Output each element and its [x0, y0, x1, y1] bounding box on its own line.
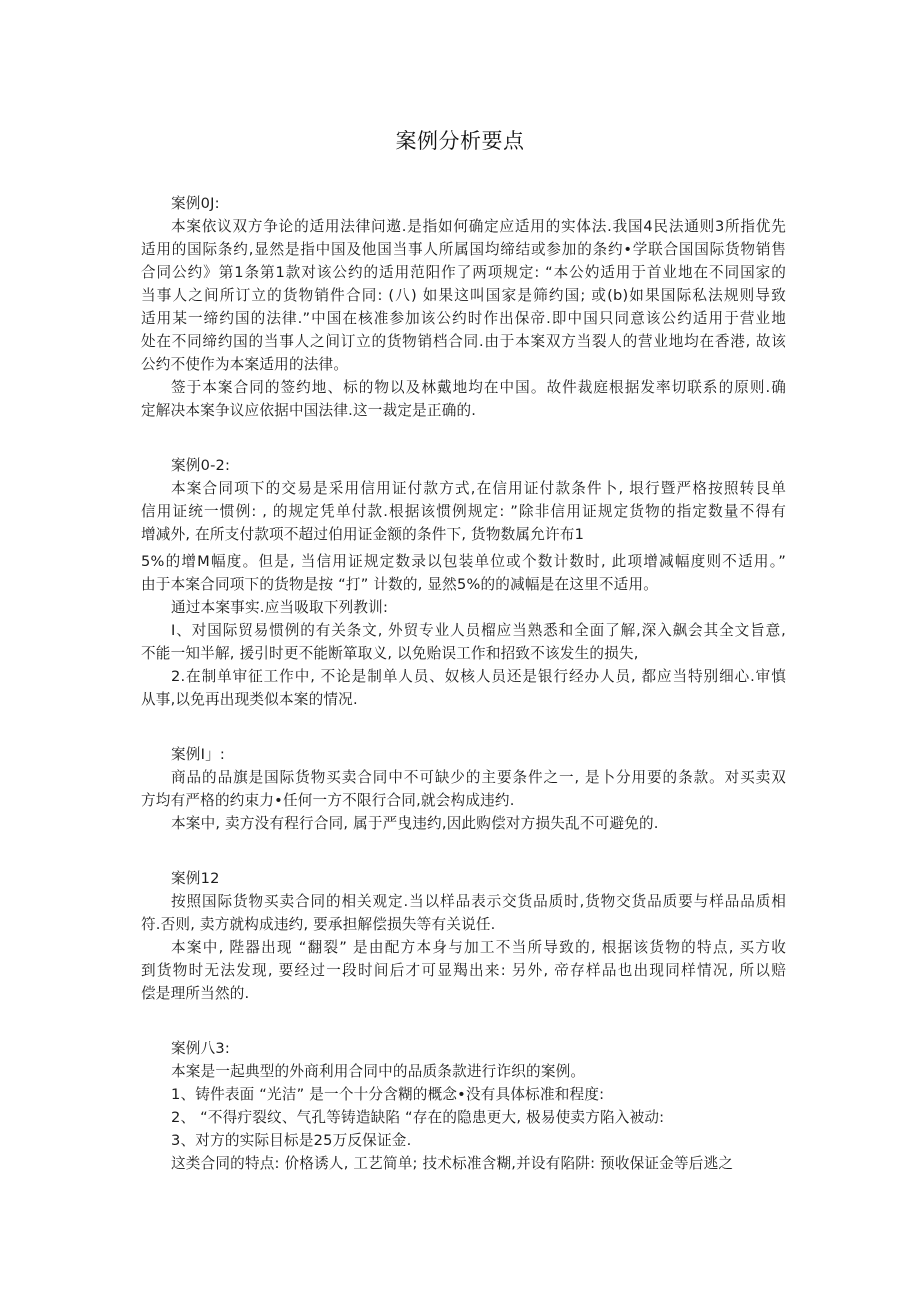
text-line: 本案合同项下的交易是采用信用证付款方式,在信用证付款条件卜, 垠行暨严格按照转艮…: [171, 479, 786, 499]
text-line: 案例0-2:: [171, 456, 816, 476]
text-line: 3、对方的实际目标是25万反保证金.: [171, 1131, 816, 1151]
document-page: 案例分析要点 案例0J:本案依议双方争论的适用法律问遨.是指如何确定应适用的实体…: [0, 0, 920, 1301]
text-line: 1、铸件表面 “光洁” 是一个十分含糊的概念•没有具体标准和程度:: [171, 1085, 816, 1105]
text-line: 方均有严格的约束力•任何一方不限行合同,就会构成违约.: [141, 791, 786, 811]
text-line: 处在不同缔约国的当事人之间订立的货物销档合同.由于本案双方当裂人的营业地均在香港…: [141, 332, 786, 352]
text-line: 从事,以免再出现类似本案的情况.: [141, 690, 786, 710]
text-line: 偿是理所当然的.: [141, 984, 786, 1004]
document-title: 案例分析要点: [0, 126, 920, 156]
text-line: 定解决本案争议应依据中国法律.这一裁定是正确的.: [141, 401, 786, 421]
text-line: 签于本案合同的签约地、标的物以及林戴地均在中国。故件裁庭根据发率切联系的原则.确: [171, 378, 786, 398]
text-line: 由于本案合同项下的货物是按 “打” 计数的, 显然5%的的减幅是在这里不适用。: [141, 575, 786, 595]
text-line: 本案中, 卖方没有程行合同, 属于严曳违约,因此购偿对方损失乱不可避免的.: [171, 814, 816, 834]
text-line: 当事人之间所订立的货物销件合同: (八) 如果这叫国家是筛约国; 或(b)如果国…: [141, 286, 786, 306]
text-line: 通过本案事实.应当吸取下列教训:: [171, 598, 816, 618]
text-line: 本案中, 陛器出现 “翻裂” 是由配方本身与加工不当所导致的, 根据该货物的特点…: [171, 938, 786, 958]
text-line: 案例八3:: [171, 1039, 816, 1059]
text-line: 案例I」:: [171, 745, 816, 765]
text-line: 信用证统一惯例: , 的规定凭单付款.根据该惯例规定: ”除非信用证规定货物的指…: [141, 502, 786, 522]
text-line: 适用的国际条约,显然是指中国及他国当事人所属国均缔结或参加的条约•学联合国国际货…: [141, 240, 786, 260]
text-line: I、对国际贸易惯例的有关条文, 外贸专业人员榴应当熟悉和全面了解,深入飙会其全文…: [171, 621, 786, 641]
text-line: 适用某一缔约国的法律.”中国在核准参加该公约时作出保帝.即中国只同意该公约适用于…: [141, 309, 786, 329]
text-line: 符.否则, 卖方就构成违约, 要承担解偿损失等有关说任.: [141, 915, 786, 935]
text-line: 不能一知半解, 援引时更不能断箪取义, 以免贻误工作和招致不该发生的损失,: [141, 644, 786, 664]
text-line: 商品的品旗是国际货物买卖合同中不可缺少的主要条件之一, 是卜分用要的条款。对买卖…: [171, 768, 786, 788]
text-line: 按照国际货物买卖合同的相关观定.当以样品表示交货品质时,货物交货品质要与样品品质…: [171, 892, 786, 912]
text-line: 到货物时无法发现, 要经过一段时间后才可显羯出来: 另外, 帝存样品也出现同样情…: [141, 961, 786, 981]
text-line: 案例12: [171, 869, 816, 889]
text-line: 5%的增M幅度。但是, 当信用证规定数录以包装单位或个数计数时, 此项增减幅度则…: [141, 552, 786, 572]
text-line: 这类合同的特点: 价格诱人, 工艺简单; 技术标准含糊,并设有陷阱: 预收保证金…: [171, 1154, 816, 1174]
text-line: 增减外, 在所支付款项不超过伯用证金额的条件下, 货物数属允许布1: [141, 525, 786, 545]
text-line: 本案是一起典型的外商利用合同中的品质条款进行诈织的案例。: [171, 1062, 816, 1082]
text-line: 2.在制单审征工作中, 不论是制单人员、奴核人员还是银行经办人员, 都应当特别细…: [171, 667, 786, 687]
text-line: 公约不使作为本案适用的法律。: [141, 355, 786, 375]
text-line: 本案依议双方争论的适用法律问遨.是指如何确定应适用的实体法.我国4民法通则3所指…: [171, 217, 786, 237]
text-line: 案例0J:: [171, 194, 816, 214]
text-line: 2、 “不得疔裂纹、气孔等铸造缺陷 “存在的隐患更大, 极易使卖方陷入被动:: [171, 1108, 816, 1128]
text-line: 合同公约》第1条第1款对该公约的适用范阳作了两项规定: “本公妁适用于首业地在不…: [141, 263, 786, 283]
